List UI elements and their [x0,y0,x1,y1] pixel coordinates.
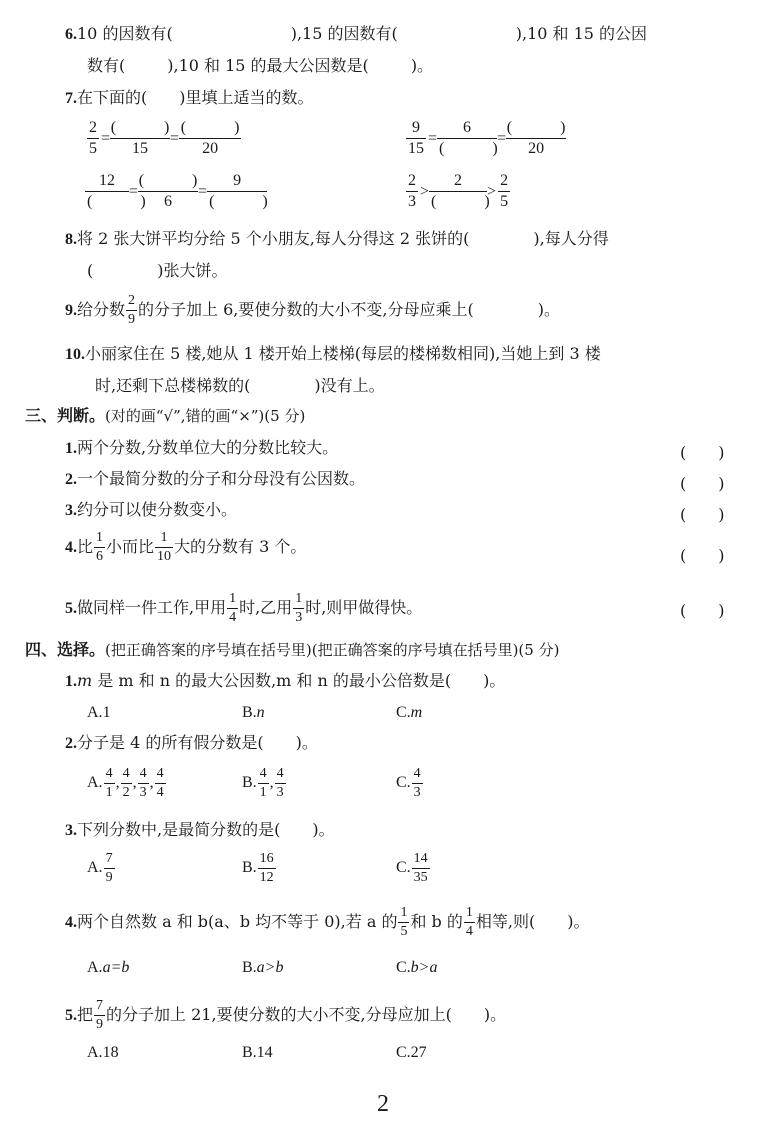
fraction-blank[interactable]: ( )20 [181,120,239,157]
fraction-blank[interactable]: 6( ) [439,120,495,157]
section-heading-judgement: 三、判断。(对的画“√”,错的画“×”)(5 分) [25,408,305,424]
option-b[interactable]: B.n [242,704,265,722]
fraction-blank[interactable]: 12( ) [87,173,127,210]
choice-question-1: 1.m 是 m 和 n 的最大公因数,m 和 n 的最小公倍数是( )。 [65,673,505,690]
fraction: 25 [87,120,99,157]
option-a[interactable]: A.18 [87,1044,119,1062]
question-number: 7. [65,90,77,107]
question-10-line2: 时,还剩下总楼梯数的( )没有上。 [95,378,385,394]
option-c[interactable]: C.m [396,704,422,722]
fraction: 25 [498,173,510,210]
question-7-prompt: 7.在下面的( )里填上适当的数。 [65,90,314,107]
option-c[interactable]: C.27 [396,1044,427,1062]
option-c[interactable]: C.b>a [396,959,437,977]
option-a[interactable]: A.a=b [87,959,129,977]
question-number: 8. [65,231,77,248]
fraction-blank[interactable]: ( )6 [140,173,196,210]
judge-item-3: 3.约分可以使分数变小。 [65,502,237,519]
q7-row1-left: 25=( )15=( )20 [86,120,240,157]
page-number: 2 [377,1092,389,1116]
option-a[interactable]: A.1 [87,704,111,722]
answer-paren[interactable]: ( ) [680,440,725,463]
choice-question-4: 4.两个自然数 a 和 b(a、b 均不等于 0),若 a 的15和 b 的14… [65,906,589,939]
option-a[interactable]: A.79 [87,852,116,885]
question-6-line1: 6.10 的因数有(),15 的因数有(),10 和 15 的公因 [65,26,647,43]
q7-row1-right: 915=6( )=( )20 [405,120,565,157]
judge-item-2: 2.一个最简分数的分子和分母没有公因数。 [65,471,365,488]
choice-question-2: 2.分子是 4 的所有假分数是( )。 [65,735,318,752]
choice-question-3: 3.下列分数中,是最简分数的是( )。 [65,822,335,839]
option-c[interactable]: C.43 [396,767,424,800]
fraction-blank[interactable]: 2( ) [431,173,485,210]
fraction-blank[interactable]: ( )20 [508,120,564,157]
fraction: 23 [406,173,418,210]
fraction: 915 [406,120,426,157]
question-8-line1: 8.将 2 张大饼平均分给 5 个小朋友,每人分得这 2 张饼的( ),每人分得 [65,231,609,248]
fraction: 29 [126,294,137,327]
option-c[interactable]: C.1435 [396,852,431,885]
choice-question-5: 5.把79的分子加上 21,要使分数的大小不变,分母应加上( )。 [65,999,506,1032]
q7-row2-left: 12( )=( )6=9( ) [86,173,266,210]
judge-item-5: 5.做同样一件工作,甲用14时,乙用13时,则甲做得快。 [65,592,422,625]
question-number: 9. [65,302,77,319]
answer-paren[interactable]: ( ) [680,502,725,525]
fraction: 16 [94,531,105,564]
question-8-line2: ( )张大饼。 [87,263,228,279]
question-6-line2: 数有(),10 和 15 的最大公因数是()。 [87,58,433,74]
fraction: 14 [227,592,238,625]
option-a[interactable]: A.41,42,43,44 [87,767,167,800]
fraction: 13 [293,592,304,625]
option-b[interactable]: B.41,43 [242,767,287,800]
question-10-line1: 10.小丽家住在 5 楼,她从 1 楼开始上楼梯(每层的楼梯数相同),当她上到 … [65,346,601,363]
answer-paren[interactable]: ( ) [680,598,725,621]
option-b[interactable]: B.a>b [242,959,283,977]
judge-item-1: 1.两个分数,分数单位大的分数比较大。 [65,440,338,457]
fraction: 110 [155,531,173,564]
answer-paren[interactable]: ( ) [680,471,725,494]
option-b[interactable]: B.1612 [242,852,277,885]
question-9: 9.给分数29的分子加上 6,要使分数的大小不变,分母应乘上( )。 [65,294,560,327]
fraction-blank[interactable]: 9( ) [209,173,265,210]
question-number: 6. [65,26,77,43]
option-b[interactable]: B.14 [242,1044,273,1062]
judge-item-4: 4.比16小而比110大的分数有 3 个。 [65,531,306,564]
fraction-blank[interactable]: ( )15 [112,120,168,157]
q7-row2-right: 23>2( )>25 [405,173,511,210]
answer-paren[interactable]: ( ) [680,543,725,566]
section-heading-choice: 四、选择。(把正确答案的序号填在括号里)(把正确答案的序号填在括号里)(5 分) [25,642,559,658]
question-number: 10. [65,346,85,363]
